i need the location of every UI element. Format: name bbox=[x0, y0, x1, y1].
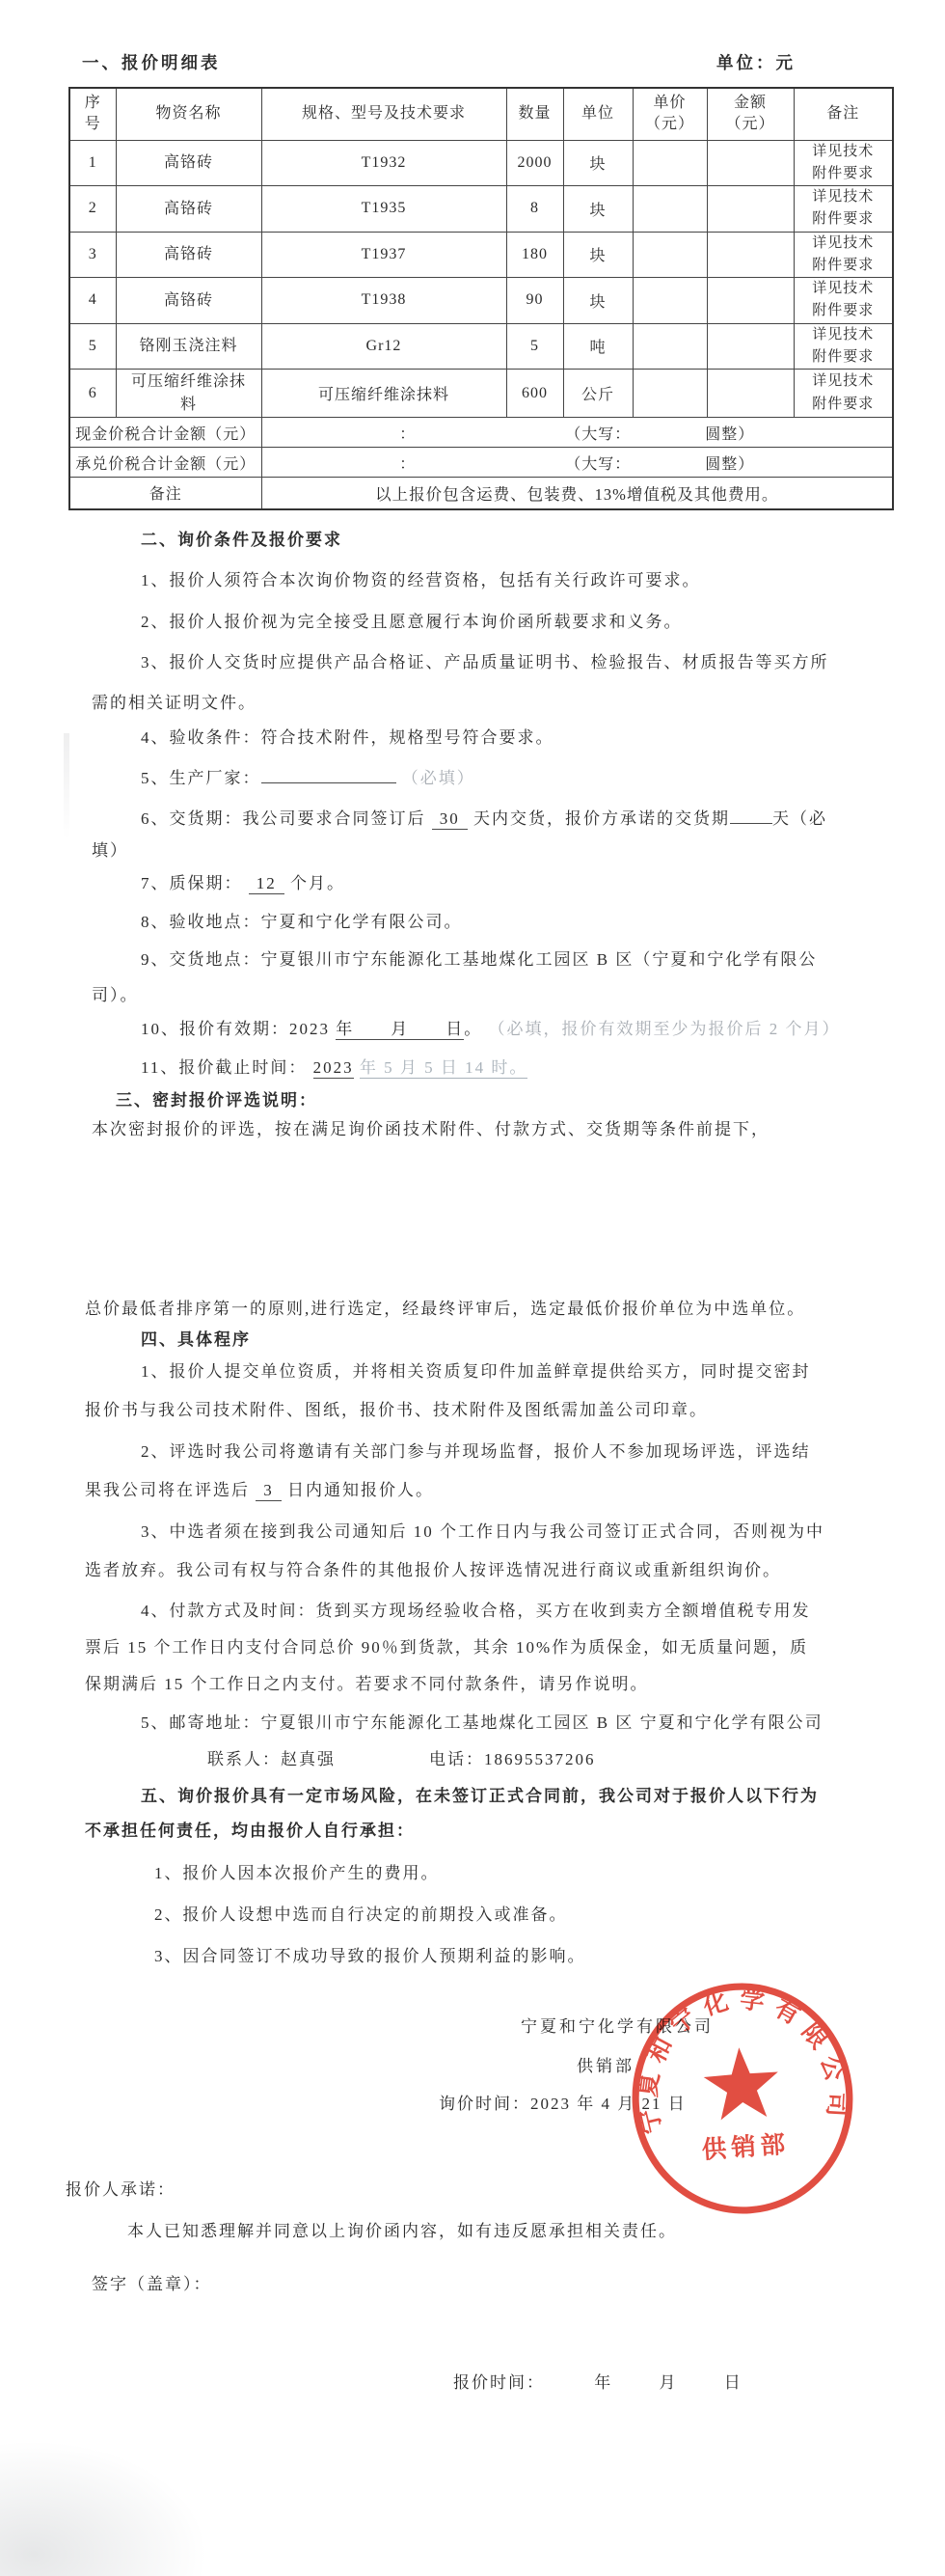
row-price bbox=[633, 140, 707, 186]
contact-name: 联系人：赵真强 bbox=[207, 1745, 336, 1769]
acceptance-colon: ： bbox=[399, 456, 416, 473]
row-name: 高铬砖 bbox=[116, 278, 261, 324]
remark-row: 备注 以上报价包含运费、包装费、13%增值税及其他费用。 bbox=[69, 478, 893, 509]
seal-star-icon bbox=[702, 2045, 781, 2122]
section4-heading: 四、具体程序 bbox=[141, 1326, 251, 1350]
row-price bbox=[633, 232, 707, 278]
row-remark: 详见技术 附件要求 bbox=[794, 370, 893, 418]
row-no: 5 bbox=[69, 323, 116, 370]
section2-item-3-line1: 3、报价人交货时应提供产品合格证、产品质量证明书、检验报告、材质报告等买方所 bbox=[141, 648, 829, 672]
notify-days-value: 3 bbox=[256, 1481, 282, 1501]
row-remark: 详见技术 附件要求 bbox=[794, 278, 893, 324]
col-header-unit: 单位 bbox=[563, 88, 633, 140]
delivery-days-value: 30 bbox=[432, 809, 468, 830]
row-spec: T1937 bbox=[261, 232, 506, 278]
row-price bbox=[633, 323, 707, 370]
deadline-year: 2023 bbox=[313, 1058, 354, 1079]
table-row: 5 铬刚玉浇注料 Gr12 5 吨 详见技术 附件要求 bbox=[69, 323, 893, 370]
col-header-name: 物资名称 bbox=[116, 88, 261, 140]
promise-heading: 报价人承诺： bbox=[66, 2176, 175, 2200]
acceptance-total-value: ： （大写： 圆整） bbox=[261, 448, 893, 478]
row-qty: 5 bbox=[506, 323, 563, 370]
remark-label: 备注 bbox=[69, 478, 261, 509]
manufacturer-label: 5、生产厂家： bbox=[141, 769, 261, 787]
row-qty: 2000 bbox=[506, 140, 563, 186]
row-no: 2 bbox=[69, 186, 116, 233]
acceptance-total-row: 承兑价税合计金额（元） ： （大写： 圆整） bbox=[69, 448, 893, 478]
section2-item-1: 1、报价人须符合本次询价物资的经营资格，包括有关行政许可要求。 bbox=[141, 566, 701, 590]
manufacturer-blank bbox=[261, 768, 396, 783]
acceptance-yuanzheng: 圆整） bbox=[705, 456, 754, 473]
row-spec: T1938 bbox=[261, 278, 506, 324]
notify-pre: 果我公司将在评选后 bbox=[85, 1481, 250, 1499]
row-remark: 详见技术 附件要求 bbox=[794, 186, 893, 233]
row-unit: 块 bbox=[563, 232, 633, 278]
section2-item-4: 4、验收条件：符合技术附件，规格型号符合要求。 bbox=[141, 724, 554, 748]
section2-item-3-line2: 需的相关证明文件。 bbox=[92, 689, 256, 713]
quote-time-label: 报价时间： bbox=[453, 2373, 545, 2392]
section4-item-4-line1: 4、付款方式及时间：货到买方现场经验收合格，买方在收到卖方全额增值税专用发 bbox=[141, 1597, 811, 1621]
section2-item-7: 7、质保期： 12 个月。 bbox=[141, 869, 345, 893]
section4-item-4-line3: 保期满后 15 个工作日之内支付。若要求不同付款条件，请另作说明。 bbox=[85, 1670, 649, 1694]
row-unit: 块 bbox=[563, 278, 633, 324]
page1-title: 一、报价明细表 bbox=[82, 50, 221, 74]
col-header-amount: 金额 （元） bbox=[707, 88, 794, 140]
cash-total-row: 现金价税合计金额（元） ： （大写： 圆整） bbox=[69, 418, 893, 448]
contact-phone: 电话：18695537206 bbox=[429, 1745, 596, 1769]
row-no: 4 bbox=[69, 278, 116, 324]
row-remark: 详见技术 附件要求 bbox=[794, 232, 893, 278]
col-header-spec: 规格、型号及技术要求 bbox=[261, 88, 506, 140]
table-row: 4 高铬砖 T1938 90 块 详见技术 附件要求 bbox=[69, 278, 893, 324]
row-amount bbox=[707, 186, 794, 233]
unit-label: 单位：元 bbox=[716, 50, 796, 74]
row-spec: Gr12 bbox=[261, 323, 506, 370]
section5-item-1: 1、报价人因本次报价产生的费用。 bbox=[154, 1859, 440, 1883]
section3-paragraph: 本次密封报价的评选，按在满足询价函技术附件、付款方式、交货期等条件前提下， bbox=[92, 1115, 769, 1139]
section2-item-5: 5、生产厂家： （必填） bbox=[141, 764, 475, 788]
row-unit: 公斤 bbox=[563, 370, 633, 418]
row-spec: 可压缩纤维涂抹料 bbox=[261, 370, 506, 418]
delivery-pre: 6、交货期：我公司要求合同签订后 bbox=[141, 809, 426, 828]
section4-item-4-line2: 票后 15 个工作日内支付合同总价 90％到货款，其余 10%作为质保金，如无质… bbox=[85, 1633, 808, 1658]
table-row: 6 可压缩纤维涂抹 料 可压缩纤维涂抹料 600 公斤 详见技术 附件要求 bbox=[69, 370, 893, 418]
validity-period: 。 bbox=[464, 1020, 482, 1038]
section2-item-11: 11、报价截止时间： 2023 年 5 月 5 日 14 时。 bbox=[141, 1054, 527, 1078]
row-qty: 180 bbox=[506, 232, 563, 278]
row-name: 高铬砖 bbox=[116, 186, 261, 233]
row-name: 可压缩纤维涂抹 料 bbox=[116, 370, 261, 418]
cash-daxie: （大写： bbox=[565, 426, 631, 443]
section2-item-9-line2: 司）。 bbox=[92, 981, 139, 1005]
warranty-tail: 个月。 bbox=[290, 874, 345, 892]
section4-item-3-line1: 3、中选者须在接到我公司通知后 10 个工作日内与我公司签订正式合同，否则视为中 bbox=[141, 1518, 824, 1542]
quote-time-line: 报价时间： 年 月 日 bbox=[453, 2369, 742, 2393]
row-qty: 8 bbox=[506, 186, 563, 233]
deadline-rest: 年 5 月 5 日 14 时。 bbox=[360, 1058, 528, 1079]
section2-item-6-line1: 6、交货期：我公司要求合同签订后 30 天内交货，报价方承诺的交货期天（必 bbox=[141, 805, 827, 829]
row-amount bbox=[707, 370, 794, 418]
section2-heading: 二、询价条件及报价要求 bbox=[141, 526, 342, 550]
acceptance-daxie: （大写： bbox=[565, 456, 631, 473]
row-no: 6 bbox=[69, 370, 116, 418]
page2-continuation-line: 总价最低者排序第一的原则,进行选定，经最终评审后，选定最低价报价单位为中选单位。 bbox=[85, 1295, 805, 1319]
section2-item-10: 10、报价有效期：2023 年 月 日。 （必填，报价有效期至少为报价后 2 个… bbox=[141, 1015, 841, 1039]
scan-streak bbox=[64, 733, 69, 839]
promise-body: 本人已知悉理解并同意以上询价函内容，如有违反愿承担相关责任。 bbox=[127, 2217, 677, 2241]
cash-colon: ： bbox=[399, 426, 416, 443]
cash-total-value: ： （大写： 圆整） bbox=[261, 418, 893, 448]
row-remark: 详见技术 附件要求 bbox=[794, 323, 893, 370]
manufacturer-required-note: （必填） bbox=[402, 769, 475, 787]
row-unit: 块 bbox=[563, 140, 633, 186]
row-qty: 600 bbox=[506, 370, 563, 418]
row-unit: 块 bbox=[563, 186, 633, 233]
row-price bbox=[633, 370, 707, 418]
section5-line1: 五、询价报价具有一定市场风险，在未签订正式合同前，我公司对于报价人以下行为 bbox=[141, 1782, 819, 1806]
row-amount bbox=[707, 278, 794, 324]
row-remark: 详见技术 附件要求 bbox=[794, 140, 893, 186]
section5-item-3: 3、因合同签订不成功导致的报价人预期利益的影响。 bbox=[154, 1942, 586, 1966]
col-header-no: 序 号 bbox=[69, 88, 116, 140]
cash-yuanzheng: 圆整） bbox=[705, 426, 754, 443]
section2-item-6-line2: 填） bbox=[92, 836, 128, 861]
promised-days-blank bbox=[730, 808, 772, 824]
section2-item-2: 2、报价人报价视为完全接受且愿意履行本询价函所载要求和义务。 bbox=[141, 608, 683, 632]
row-amount bbox=[707, 323, 794, 370]
row-qty: 90 bbox=[506, 278, 563, 324]
row-spec: T1932 bbox=[261, 140, 506, 186]
table-row: 2 高铬砖 T1935 8 块 详见技术 附件要求 bbox=[69, 186, 893, 233]
company-seal: 宁夏和宁化学有限公司 供销部 bbox=[619, 1972, 867, 2225]
section5-item-2: 2、报价人设想中选而自行决定的前期投入或准备。 bbox=[154, 1901, 568, 1925]
col-header-price: 单价 （元） bbox=[633, 88, 707, 140]
signature-label: 签字（盖章）： bbox=[92, 2270, 212, 2294]
row-amount bbox=[707, 232, 794, 278]
section3-heading: 三、密封报价评选说明： bbox=[116, 1086, 317, 1110]
row-amount bbox=[707, 140, 794, 186]
section4-item-2-line2: 果我公司将在评选后 3 日内通知报价人。 bbox=[85, 1476, 434, 1500]
section4-item-1-line1: 1、报价人提交单位资质，并将相关资质复印件加盖鲜章提供给买方，同时提交密封 bbox=[141, 1357, 811, 1382]
delivery-tail: 天（必 bbox=[772, 809, 827, 828]
acceptance-total-label: 承兑价税合计金额（元） bbox=[69, 448, 261, 478]
remark-content: 以上报价包含运费、包装费、13%增值税及其他费用。 bbox=[261, 478, 893, 509]
warranty-months-value: 12 bbox=[249, 874, 284, 894]
section4-item-2-line1: 2、评选时我公司将邀请有关部门参与并现场监督，报价人不参加现场评选，评选结 bbox=[141, 1438, 811, 1462]
delivery-mid: 天内交货，报价方承诺的交货期 bbox=[473, 809, 730, 828]
section5-line2: 不承担任何责任，均由报价人自行承担： bbox=[85, 1817, 415, 1841]
section4-item-1-line2: 报价书与我公司技术附件、图纸，报价书、技术附件及图纸需加盖公司印章。 bbox=[85, 1396, 708, 1420]
cash-total-label: 现金价税合计金额（元） bbox=[69, 418, 261, 448]
table-row: 1 高铬砖 T1932 2000 块 详见技术 附件要求 bbox=[69, 140, 893, 186]
col-header-remark: 备注 bbox=[794, 88, 893, 140]
page-break bbox=[0, 1182, 945, 1249]
row-unit: 吨 bbox=[563, 323, 633, 370]
row-no: 1 bbox=[69, 140, 116, 186]
section4-item-5: 5、邮寄地址：宁夏银川市宁东能源化工基地煤化工园区 B 区 宁夏和宁化学有限公司 bbox=[141, 1709, 823, 1733]
deadline-label: 11、报价截止时间： bbox=[141, 1058, 307, 1077]
quotation-table: 序 号 物资名称 规格、型号及技术要求 数量 单位 单价 （元） 金额 （元） … bbox=[68, 87, 894, 510]
quote-time-month: 月 bbox=[660, 2373, 678, 2392]
section4-item-3-line2: 选者放弃。我公司有权与符合条件的其他报价人按评选情况进行商议或重新组织询价。 bbox=[85, 1556, 781, 1580]
scan-smudge bbox=[0, 2431, 222, 2576]
row-price bbox=[633, 186, 707, 233]
row-name: 高铬砖 bbox=[116, 232, 261, 278]
seal-bottom-text: 供销部 bbox=[701, 2131, 791, 2164]
row-name: 高铬砖 bbox=[116, 140, 261, 186]
validity-required-note: （必填，报价有效期至少为报价后 2 个月） bbox=[489, 1020, 841, 1038]
row-no: 3 bbox=[69, 232, 116, 278]
row-price bbox=[633, 278, 707, 324]
quote-time-year: 年 bbox=[594, 2373, 612, 2392]
warranty-label: 7、质保期： bbox=[141, 874, 243, 892]
section2-item-8: 8、验收地点：宁夏和宁化学有限公司。 bbox=[141, 908, 463, 932]
row-name: 铬刚玉浇注料 bbox=[116, 323, 261, 370]
table-row: 3 高铬砖 T1937 180 块 详见技术 附件要求 bbox=[69, 232, 893, 278]
section2-item-9-line1: 9、交货地点：宁夏银川市宁东能源化工基地煤化工园区 B 区（宁夏和宁化学有限公 bbox=[141, 945, 817, 970]
validity-pre: 10、报价有效期：2023 bbox=[141, 1020, 330, 1038]
inquiry-time-label: 询价时间： bbox=[439, 2095, 530, 2113]
col-header-qty: 数量 bbox=[506, 88, 563, 140]
validity-date-blank: 年 月 日 bbox=[336, 1020, 464, 1040]
row-spec: T1935 bbox=[261, 186, 506, 233]
quote-time-day: 日 bbox=[724, 2373, 742, 2392]
table-header-row: 序 号 物资名称 规格、型号及技术要求 数量 单位 单价 （元） 金额 （元） … bbox=[69, 88, 893, 140]
notify-tail: 日内通知报价人。 bbox=[287, 1481, 434, 1499]
